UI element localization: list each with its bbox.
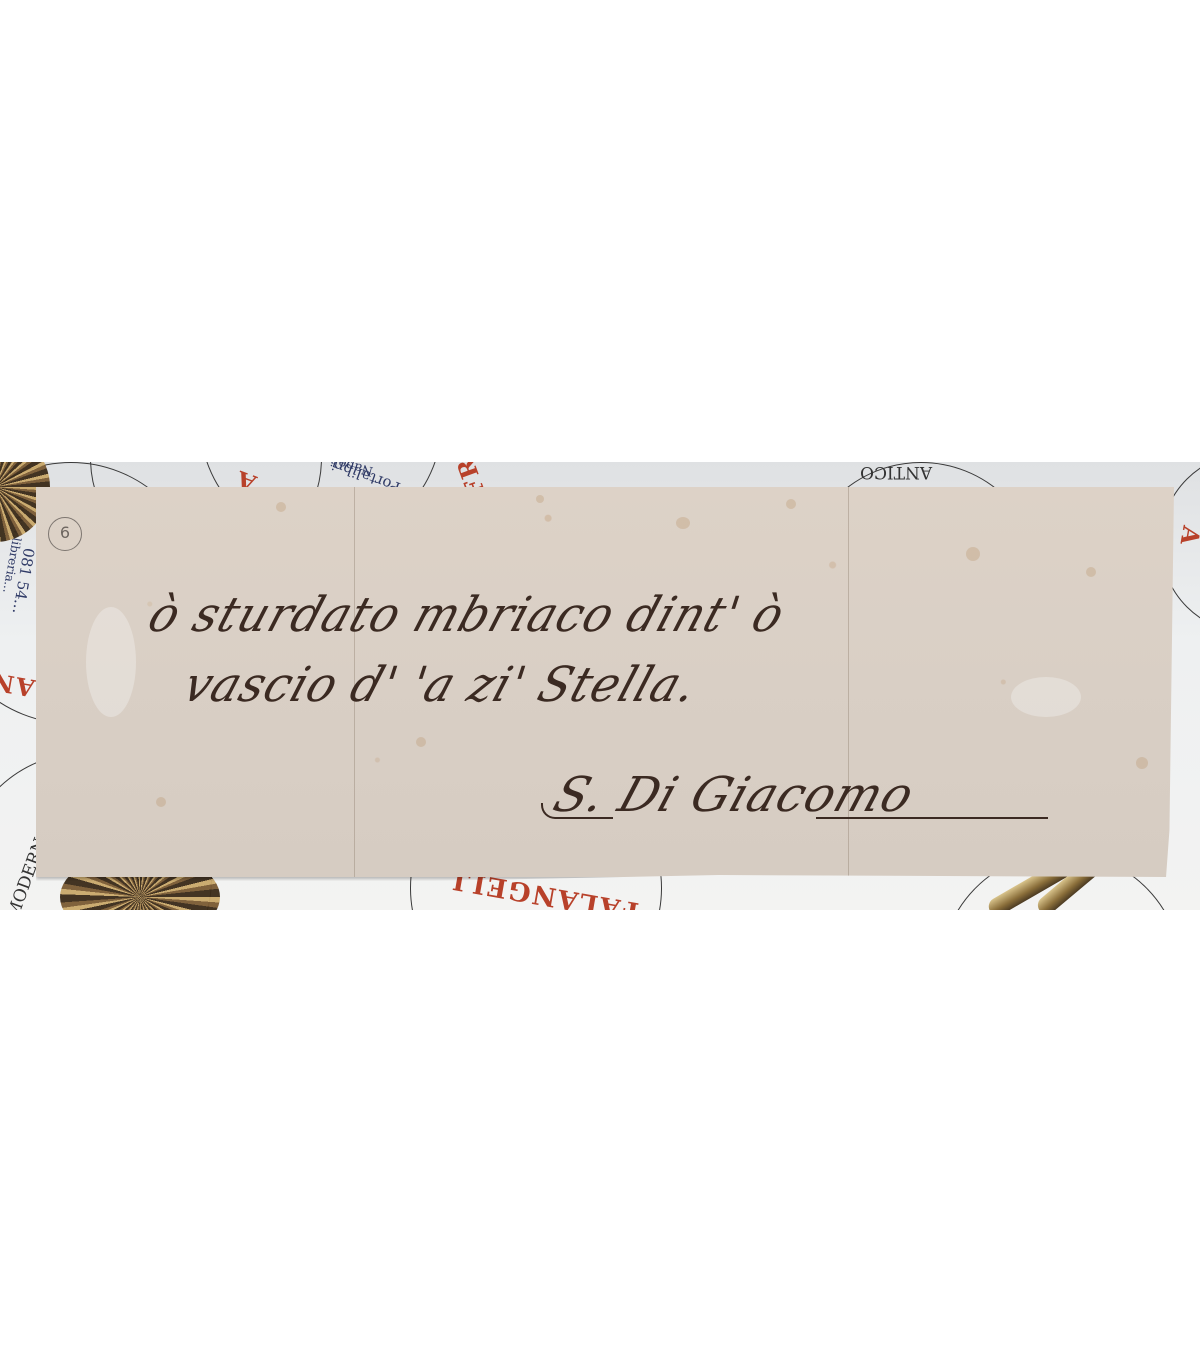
handwriting-line-2: vascio d' 'a zi' Stella.: [177, 656, 706, 713]
stamp-text-antico: ANTICO: [860, 462, 932, 482]
scuff-mark: [86, 607, 136, 717]
stain: [966, 547, 980, 561]
handwriting-line-1: ò sturdato mbriaco dint' ò: [142, 586, 793, 643]
stain: [416, 737, 426, 747]
stain: [536, 495, 544, 503]
stain: [276, 502, 286, 512]
stain: [1086, 567, 1096, 577]
signature-underline: [816, 817, 1048, 819]
stain: [786, 499, 796, 509]
scuff-mark: [1011, 677, 1081, 717]
signature-swoosh: [541, 803, 613, 819]
handwritten-note: 6 ò sturdato mbriaco dint' ò vascio d' '…: [36, 487, 1174, 877]
stamp-text-red-right: A: [1174, 524, 1200, 549]
photograph: Portalibri Napoli 081 54... www.libreria…: [0, 462, 1200, 910]
stain: [676, 517, 690, 529]
corner-number-mark: 6: [48, 517, 82, 551]
stain: [156, 797, 166, 807]
stain: [1136, 757, 1148, 769]
